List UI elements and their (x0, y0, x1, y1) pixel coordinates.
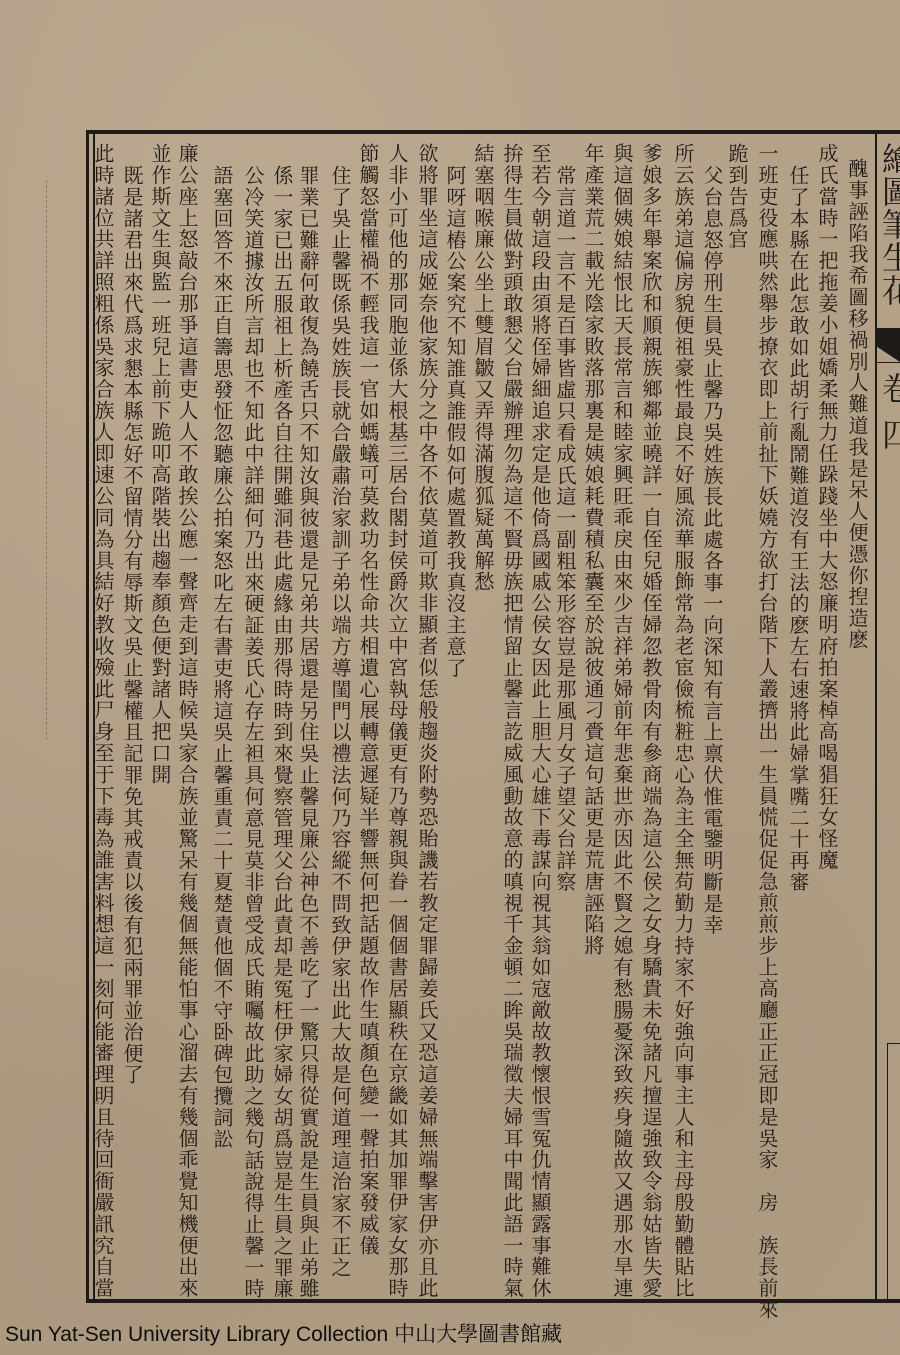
strip-divider (877, 362, 900, 363)
volume-label: 卷四 (878, 372, 900, 464)
page-fold-mark (46, 180, 47, 740)
library-credit: Sun Yat-Sen University Library Collectio… (5, 1322, 562, 1348)
border-top (86, 130, 900, 134)
text-column: 與這個姨娘結恨比天長。常言和睦家興旺。乖戾由來少吉祥。弟婦前年悲棄世。亦因此不賢… (609, 143, 635, 1299)
book-title: 繪圖筆生花 (878, 142, 900, 307)
text-column: 住了吳止馨既係吳姓族長就合嚴肅治家訓子弟以端方導閨門以禮法何乃容縱不問致伊家出此… (327, 165, 353, 1278)
text-column: 結塞咽喉。廉公坐上雙眉皺。又弄得滿腹狐疑萬解愁。 (470, 143, 496, 593)
text-column: 醜事誣陷我希圖移禍別人難道我是呆人便憑你揑造麽 (844, 158, 870, 650)
text-column: 父台息怒停刑生員吳止馨乃吳姓族長此處各事一向深知有言上禀伏惟電鑒明斷是幸 (699, 165, 725, 936)
text-column: 既是諸君出來代爲求懇本縣怎好不留情分有辱斯文吳止馨權且記罪免其戒責以後有犯兩罪並… (119, 165, 145, 1085)
text-column: 所云族弟這偏房。貌便祖豪性最良。不好風流華服飾。常為老宦儉梳粧。忠心為主全無苟。… (670, 143, 696, 1299)
text-column: 年產業荒。二載光陰家敗落。那裏是姨娘耗費積私囊。至於說彼通刁賫這句話。更是荒唐誣… (580, 143, 606, 956)
text-column: 一班吏役應哄然舉步撩衣即上前扯下妖嬈方欲打。台階下人叢擠出一生員慌促促急煎煎步上… (754, 143, 780, 1320)
text-column: 拚得生員做對頭。敢懇父台嚴辦理。勿為這不賢毋族把情留。止馨言訖威風動。故意的嗔視… (499, 143, 525, 1299)
text-column: 至若今朝這段由。須將侄婦細追求。定是他倚爲國戚公侯女。因此上胆大心雄下毒謀。向視… (527, 143, 553, 1299)
text-column: 阿呀這樁公案究不知誰真誰假如何處置教我真沒主意了 (442, 165, 468, 679)
text-column: 人非小可。他的那同胞並係大根基。三居台閣封侯爵。次立中宮執母儀。更有乃尊親與眷。… (384, 143, 410, 1299)
text-column: 係一家已出五服祖上析產各自往開雖洞巷此處緣由那得時時到來覺察管理父台此責却是冤枉… (269, 165, 295, 1300)
text-column: 罪業已難辭何敢復為饒舌只不知汝與彼還是兄弟共居還是另住吳止馨見廉公神色不善吃了一… (295, 165, 321, 1300)
text-column: 語塞回答不來正自籌思發怔忽聽廉公拍案怒叱左右書吏將這吳止馨重責二十夏楚責他個不守… (209, 165, 235, 1150)
strip-lower-vertical (887, 1043, 888, 1299)
text-column: 廉公座上怒敲台。那爭這書吏人人不敢挨。公應一聲齊走到。這時候吳家合族並驚呆。有幾… (174, 143, 200, 1299)
text-column: 跪到告爲官。 (724, 143, 750, 250)
text-column: 爹娘。多年舉案欣和順。親族鄉鄰並曉詳。一自侄兒婚侄婦。忽教骨肉有參商。端為這公侯… (638, 143, 664, 1299)
text-column: 欲將罪坐這成姬。奈他家族分之中各不依。莫道可欺非顯者。似恁般趨炎附勢恐貽譏。若教… (414, 143, 440, 1299)
text-column: 常言道一言不是百事皆虛。只看成氏這一副粗笨形容豈是那風月女子望父台詳察 (552, 165, 578, 893)
text-column: 此時諸位共詳照粗係吳家合族人。即速公同為具結。好教收殮此尸身。至于下毒為誰害。料… (90, 143, 116, 1299)
strip-lower-rule (887, 1043, 900, 1044)
text-column: 節觸怒當權禍不輕。我這一官如螞蟻可莫救。功名性命共相遺。心展轉意遲疑半響無何把話… (355, 143, 381, 1256)
text-column: 任了本縣在此。怎敢如此胡行亂鬧。難道沒有王法的麽左右速將此婦掌嘴。二十再審 (785, 165, 811, 893)
text-column: 成氏當時一把拖。姜小姐嬌柔無力任跺踐。坐中大怒廉明府。拍案棹高喝猖狂女怪魔。 (814, 143, 840, 871)
text-column: 並作斯文生與監。一班兒上前下跪叩高階。裝出趨奉顏色。便對諸人把口開。 (147, 143, 173, 785)
text-column: 公冷笑道據汝所言却也不知此中詳細何乃出來硬証姜氏心存左袒具何意見莫非曾受成氏賄囑… (240, 165, 266, 1300)
border-left-outer (86, 130, 89, 1303)
